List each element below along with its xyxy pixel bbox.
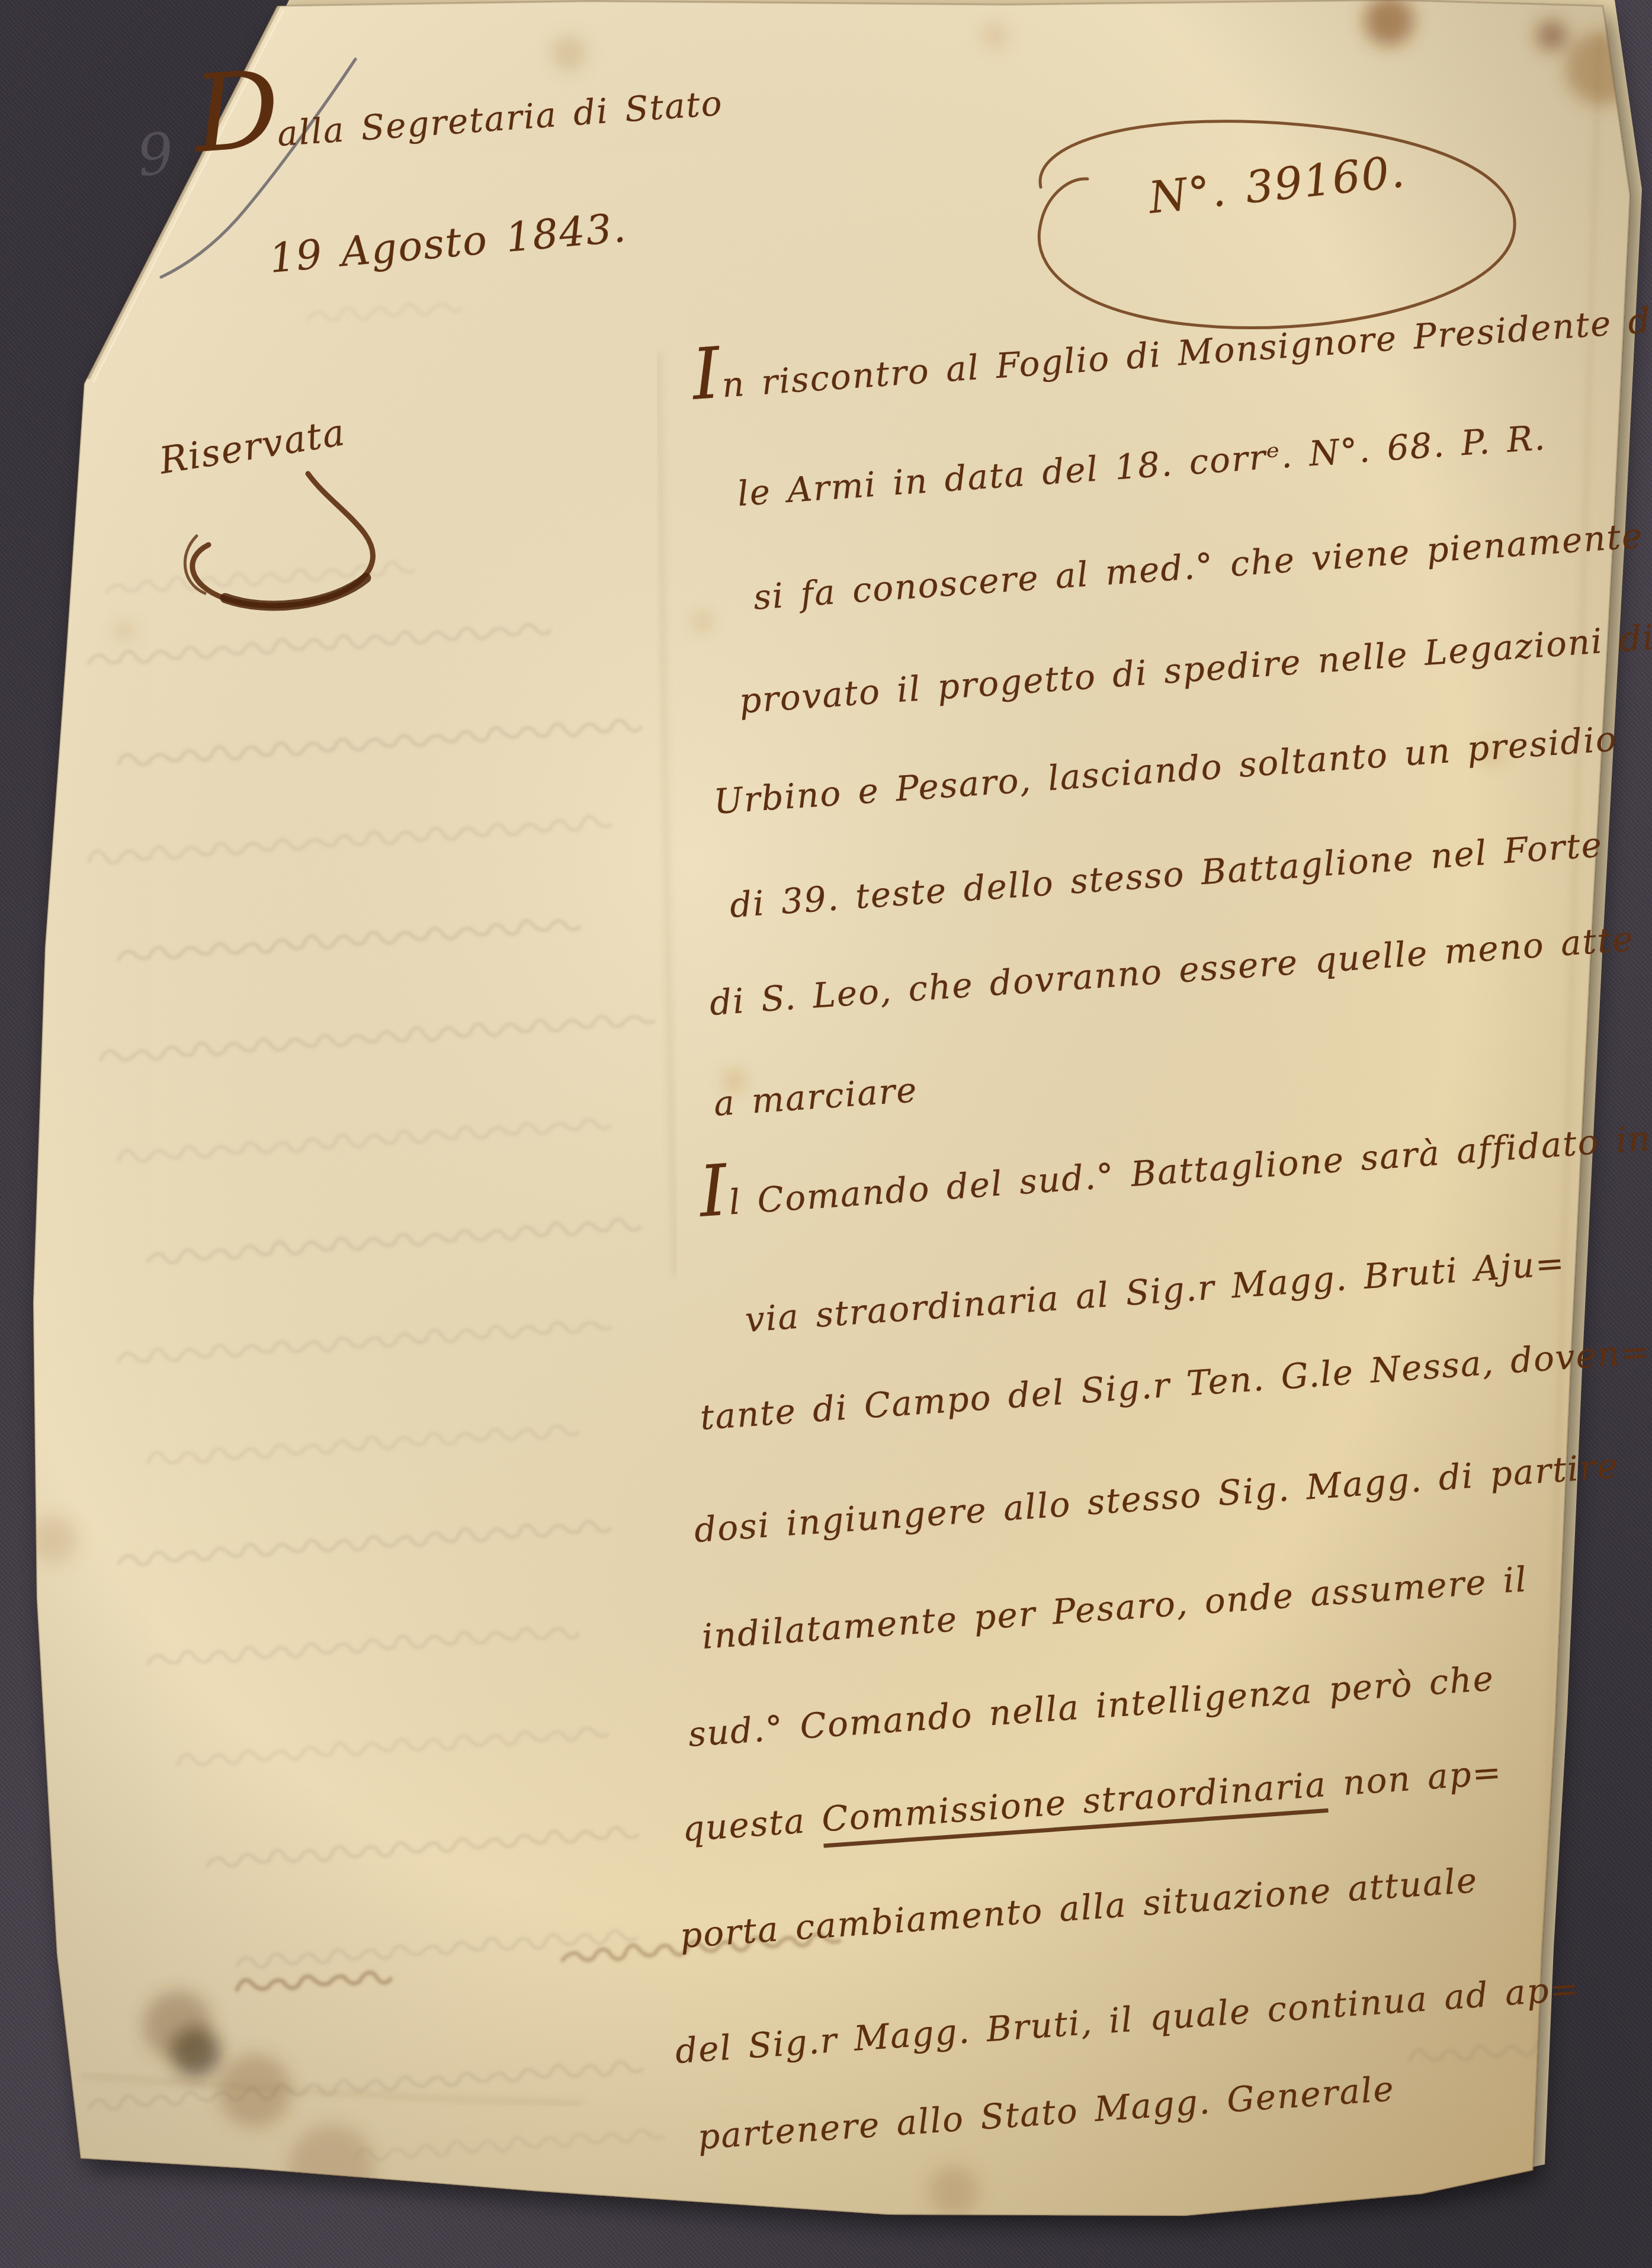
header-office-line: Dalla Segretaria di Stato: [194, 79, 724, 160]
manuscript-line-underlined: questa Commissione straordinaria non ap=: [681, 1752, 1504, 1849]
line-post: non ap=: [1325, 1752, 1503, 1804]
manuscript-line: In riscontro al Foglio di Monsignore Pre…: [692, 295, 1652, 407]
manuscript-line: le Armi in data del 18. corrᵉ. N°. 68. P…: [736, 417, 1548, 514]
manuscript-line: Urbino e Pesaro, lasciando soltanto un p…: [713, 718, 1619, 821]
manuscript-line: di 39. teste dello stesso Battaglione ne…: [729, 824, 1604, 926]
header-date-line: 19 Agosto 1843.: [268, 204, 629, 282]
manuscript-line: Il Comando del sud.° Battaglione sarà af…: [699, 1118, 1652, 1225]
manuscript-line: partenere allo Stato Magg. Generale: [697, 2068, 1396, 2157]
manuscript-line: a marciare: [713, 1069, 919, 1124]
manuscript-line: sud.° Comando nella intelligenza però ch…: [687, 1658, 1496, 1755]
manuscript-line: del Sig.r Magg. Bruti, il quale continua…: [674, 1968, 1582, 2071]
manuscript-line: provato il progetto di spedire nelle Leg…: [738, 617, 1652, 721]
manuscript-line: si fa conoscere al med.° che viene piena…: [752, 509, 1652, 618]
manuscript-line: di S. Leo, che dovranno essere quelle me…: [708, 918, 1635, 1023]
manuscript-line: via straordinaria al Sig.r Magg. Bruti A…: [744, 1242, 1567, 1340]
underlined-phrase: Commissione straordinaria: [820, 1764, 1329, 1848]
classification-note: Riservata: [156, 410, 348, 483]
document-photo: 9 Dalla Segretaria di Stato 19 Agosto 18…: [0, 0, 1652, 2268]
pencil-folio-number: 9: [134, 120, 177, 189]
manuscript-line: tante di Campo del Sig.r Ten. G.le Nessa…: [699, 1331, 1652, 1438]
line-pre: questa: [681, 1800, 823, 1849]
manuscript-line: porta cambiamento alla situazione attual…: [679, 1860, 1480, 1956]
manuscript-line: indilatamente per Pesaro, onde assumere …: [701, 1559, 1529, 1657]
protocol-number: N°. 39160.: [1147, 146, 1408, 224]
manuscript-line: dosi ingiungere allo stesso Sig. Magg. d…: [693, 1445, 1620, 1550]
manuscript-text-layer: 9 Dalla Segretaria di Stato 19 Agosto 18…: [0, 0, 1652, 2268]
